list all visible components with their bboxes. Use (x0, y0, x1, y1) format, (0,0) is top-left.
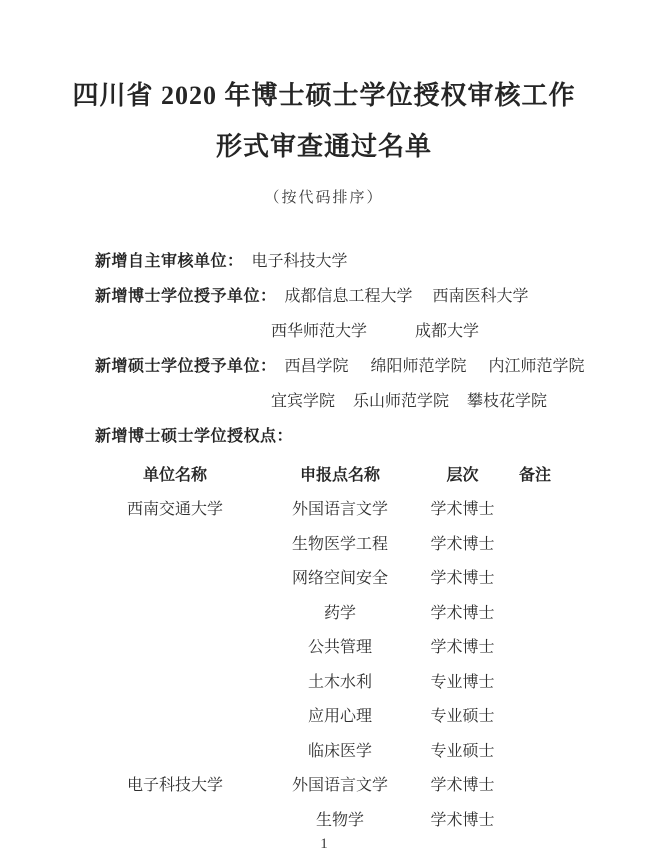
master-unit: 西昌学院 (285, 358, 349, 375)
table-row: 临床医学 专业硕士 (95, 732, 648, 767)
doctoral-units-label: 新增博士学位授予单位： (95, 288, 277, 305)
header-point-name: 申报点名称 (255, 462, 425, 485)
table-row: 药学 学术博士 (95, 594, 648, 629)
master-unit: 绵阳师范学院 (371, 358, 467, 375)
doctoral-unit: 成都信息工程大学 (285, 279, 425, 314)
title-line-2: 形式审查通过名单 (0, 121, 648, 172)
table-row: 应用心理 专业硕士 (95, 698, 648, 733)
cell-level: 专业博士 (425, 669, 500, 692)
cell-level: 学术博士 (425, 600, 500, 623)
master-unit: 宜宾学院 (271, 393, 335, 410)
cell-point: 临床医学 (255, 738, 425, 761)
doctoral-unit: 西南医科大学 (433, 288, 529, 305)
table-row: 公共管理 学术博士 (95, 629, 648, 664)
cell-level: 学术博士 (425, 807, 500, 830)
cell-point: 药学 (255, 600, 425, 623)
master-units-line-2: 宜宾学院 乐山师范学院 攀枝花学院 (0, 384, 648, 419)
header-level: 层次 (425, 462, 500, 485)
doctoral-unit: 成都大学 (415, 323, 479, 340)
header-note: 备注 (500, 462, 570, 485)
cell-level: 学术博士 (425, 496, 500, 519)
summary-paragraphs: 新增自主审核单位： 电子科技大学 新增博士学位授予单位： 成都信息工程大学 西南… (0, 244, 648, 454)
page-number: 1 (0, 836, 648, 851)
doctoral-units-line-1: 新增博士学位授予单位： 成都信息工程大学 西南医科大学 (0, 279, 648, 314)
document-page: 四川省 2020 年博士硕士学位授权审核工作 形式审查通过名单 （按代码排序） … (0, 0, 648, 851)
cell-level: 学术博士 (425, 531, 500, 554)
cell-level: 学术博士 (425, 634, 500, 657)
cell-level: 专业硕士 (425, 703, 500, 726)
cell-point: 公共管理 (255, 634, 425, 657)
cell-level: 学术博士 (425, 772, 500, 795)
cell-point: 生物医学工程 (255, 531, 425, 554)
cell-point: 生物学 (255, 807, 425, 830)
master-units-label: 新增硕士学位授予单位： (95, 358, 277, 375)
cell-point: 土木水利 (255, 669, 425, 692)
self-review-unit: 电子科技大学 (252, 253, 348, 270)
cell-unit: 西南交通大学 (95, 496, 255, 519)
table-row: 土木水利 专业博士 (95, 663, 648, 698)
master-unit: 乐山师范学院 (353, 393, 449, 410)
self-review-label: 新增自主审核单位： (95, 253, 244, 270)
master-unit: 攀枝花学院 (467, 393, 547, 410)
cell-level: 专业硕士 (425, 738, 500, 761)
table-row: 西南交通大学 外国语言文学 学术博士 (95, 491, 648, 526)
sort-note: （按代码排序） (0, 188, 648, 208)
new-points-heading: 新增博士硕士学位授权点： (0, 419, 648, 454)
document-title: 四川省 2020 年博士硕士学位授权审核工作 形式审查通过名单 (0, 70, 648, 172)
cell-unit: 电子科技大学 (95, 772, 255, 795)
authorization-points-table: 单位名称 申报点名称 层次 备注 西南交通大学 外国语言文学 学术博士 生物医学… (95, 456, 648, 836)
table-row: 生物学 学术博士 (95, 801, 648, 836)
new-points-label: 新增博士硕士学位授权点： (95, 428, 293, 445)
doctoral-units-line-2: 西华师范大学 成都大学 (0, 314, 648, 349)
doctoral-unit: 西华师范大学 (271, 314, 411, 349)
cell-point: 外国语言文学 (255, 496, 425, 519)
self-review-units-line: 新增自主审核单位： 电子科技大学 (0, 244, 648, 279)
cell-level: 学术博士 (425, 565, 500, 588)
cell-point: 网络空间安全 (255, 565, 425, 588)
cell-point: 应用心理 (255, 703, 425, 726)
master-unit: 内江师范学院 (489, 358, 585, 375)
master-units-line-1: 新增硕士学位授予单位： 西昌学院 绵阳师范学院 内江师范学院 (0, 349, 648, 384)
table-header-row: 单位名称 申报点名称 层次 备注 (95, 456, 648, 491)
table-row: 电子科技大学 外国语言文学 学术博士 (95, 767, 648, 802)
table-row: 网络空间安全 学术博士 (95, 560, 648, 595)
title-line-1: 四川省 2020 年博士硕士学位授权审核工作 (0, 70, 648, 121)
header-unit-name: 单位名称 (95, 462, 255, 485)
cell-point: 外国语言文学 (255, 772, 425, 795)
table-row: 生物医学工程 学术博士 (95, 525, 648, 560)
